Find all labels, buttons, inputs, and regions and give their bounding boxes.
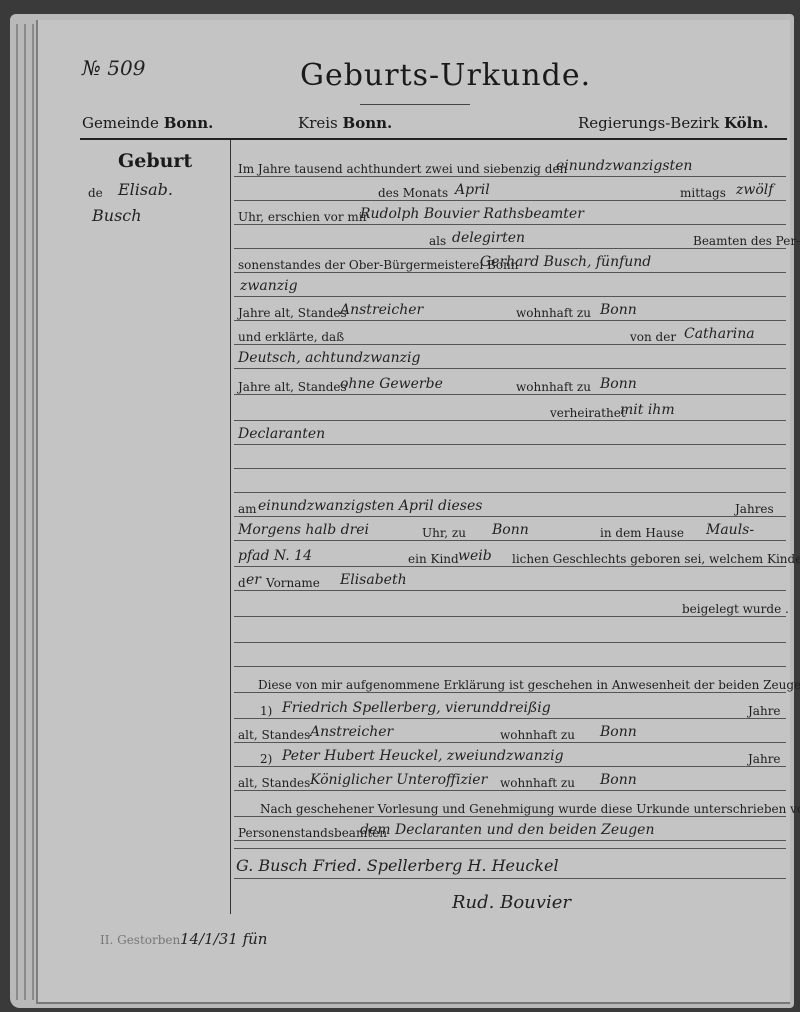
printed-label: des Monats [378,186,448,200]
printed-label: wohnhaft zu [500,776,575,790]
form-line [234,642,786,643]
printed-label: 2) [260,752,272,766]
witness-signatures: G. Busch Fried. Spellerberg H. Heuckel [236,856,559,875]
form-line [234,616,786,617]
handwritten-entry: Anstreicher [340,302,423,318]
form-line [234,790,786,791]
handwritten-entry: ohne Gewerbe [340,376,443,392]
page-edge [24,24,26,1000]
handwritten-entry: einundzwanzigsten [556,158,692,174]
printed-label: und erklärte, daß [238,330,344,344]
margin-name-2: Busch [92,206,142,225]
page-title: Geburts-Urkunde. [300,58,591,93]
printed-label: Beamten des Per- [693,234,800,248]
form-line [234,468,786,469]
printed-label: Uhr, erschien vor mir [238,210,368,224]
form-line [234,492,786,493]
printed-label: von der [630,330,676,344]
printed-label: alt, Standes [238,728,310,742]
handwritten-entry: Anstreicher [310,724,393,740]
margin-name-1: Elisab. [118,180,173,199]
form-line [234,320,786,321]
form-line [234,200,786,201]
printed-label: in dem Hause [600,526,684,540]
certificate-number: № 509 [82,56,145,80]
form-line [234,344,786,345]
form-line [234,590,786,591]
form-line [234,248,786,249]
handwritten-entry: Königlicher Unteroffizier [310,772,487,788]
printed-label: 1) [260,704,272,718]
handwritten-entry: Elisabeth [340,572,407,588]
printed-label: alt, Standes [238,776,310,790]
handwritten-entry: Gerhard Busch, fünfund [480,254,651,270]
handwritten-entry: mit ihm [620,402,675,418]
handwritten-entry: Deutsch, achtundzwanzig [238,350,420,366]
gemeinde: Gemeinde Bonn. [82,114,213,132]
printed-label: Jahre [748,704,781,718]
form-line [234,666,786,667]
regierungs-bezirk: Regierungs-Bezirk Köln. [578,114,769,132]
official-signature: Rud. Bouvier [452,892,571,913]
printed-label: Nach geschehener Vorlesung und Genehmigu… [260,802,800,816]
handwritten-entry: Mauls- [706,522,754,538]
printed-label: Uhr, zu [422,526,466,540]
printed-label: wohnhaft zu [516,380,591,394]
printed-label: lichen Geschlechts geboren sei, welchem … [512,552,800,566]
form-line [234,516,786,517]
form-line [234,742,786,743]
printed-label: wohnhaft zu [500,728,575,742]
stamp-gestorben: II. Gestorben [100,933,180,947]
handwritten-entry: Peter Hubert Heuckel, zweiundzwanzig [282,748,564,764]
handwritten-entry: er [246,572,261,588]
form-line [234,766,786,767]
handwritten-entry: Bonn [600,302,637,318]
printed-label: beigelegt wurde . [682,602,789,616]
kreis: Kreis Bonn. [298,114,392,132]
header-rule [80,138,787,140]
page-edge [16,24,18,1000]
margin-prefix: de [88,186,103,200]
handwritten-entry: Catharina [684,326,755,342]
form-line [234,272,786,273]
printed-label: wohnhaft zu [516,306,591,320]
handwritten-entry: Morgens halb drei [238,522,369,538]
form-line [234,176,786,177]
handwritten-entry: einundzwanzigsten April dieses [258,498,482,514]
printed-label: verheirathet [550,406,626,420]
handwritten-entry: Bonn [600,376,637,392]
page-edge [32,24,34,1000]
handwritten-entry: Bonn [492,522,529,538]
form-line [234,420,786,421]
handwritten-entry: April [455,182,490,198]
form-line [234,368,786,369]
handwritten-entry: Bonn [600,772,637,788]
handwritten-entry: weib [458,548,492,564]
handwritten-entry: Declaranten [238,426,325,442]
form-line [234,718,786,719]
handwritten-entry: Friedrich Spellerberg, vierunddreißig [282,700,551,716]
handwritten-entry: Bonn [600,724,637,740]
signature-line [234,878,786,879]
handwritten-entry: dem Declaranten und den beiden Zeugen [360,822,654,838]
printed-label: am [238,502,257,516]
form-line [234,444,786,445]
printed-label: Vorname [266,576,320,590]
handwritten-entry: Rudolph Bouvier Rathsbeamter [360,206,584,222]
handwritten-entry: zwölf [736,182,773,198]
form-line [234,394,786,395]
printed-label: Im Jahre tausend achthundert zwei und si… [238,162,567,176]
signature-line [234,848,786,849]
printed-label: Jahre alt, Standes [238,380,347,394]
handwritten-entry: delegirten [452,230,525,246]
printed-label: sonenstandes der Ober-Bürgermeisterei Bo… [238,258,519,272]
margin-annotation: 14/1/31 fün [180,930,267,948]
form-line [234,540,786,541]
printed-label: als [429,234,446,248]
margin-heading: Geburt [118,150,192,172]
printed-label: Jahre [748,752,781,766]
form-line [234,296,786,297]
form-line [234,840,786,841]
title-rule [360,104,470,105]
printed-label: mittags [680,186,726,200]
form-line [234,816,786,817]
form-line [234,692,786,693]
printed-label: ein Kind [408,552,459,566]
printed-label: Jahre alt, Standes [238,306,347,320]
handwritten-entry: zwanzig [240,278,298,294]
printed-label: Diese von mir aufgenommene Erklärung ist… [258,678,800,692]
margin-rule [230,140,231,914]
handwritten-entry: pfad N. 14 [238,548,312,564]
form-line [234,566,786,567]
printed-label: Jahres [735,502,774,516]
form-line [234,224,786,225]
printed-label: d [238,576,246,590]
